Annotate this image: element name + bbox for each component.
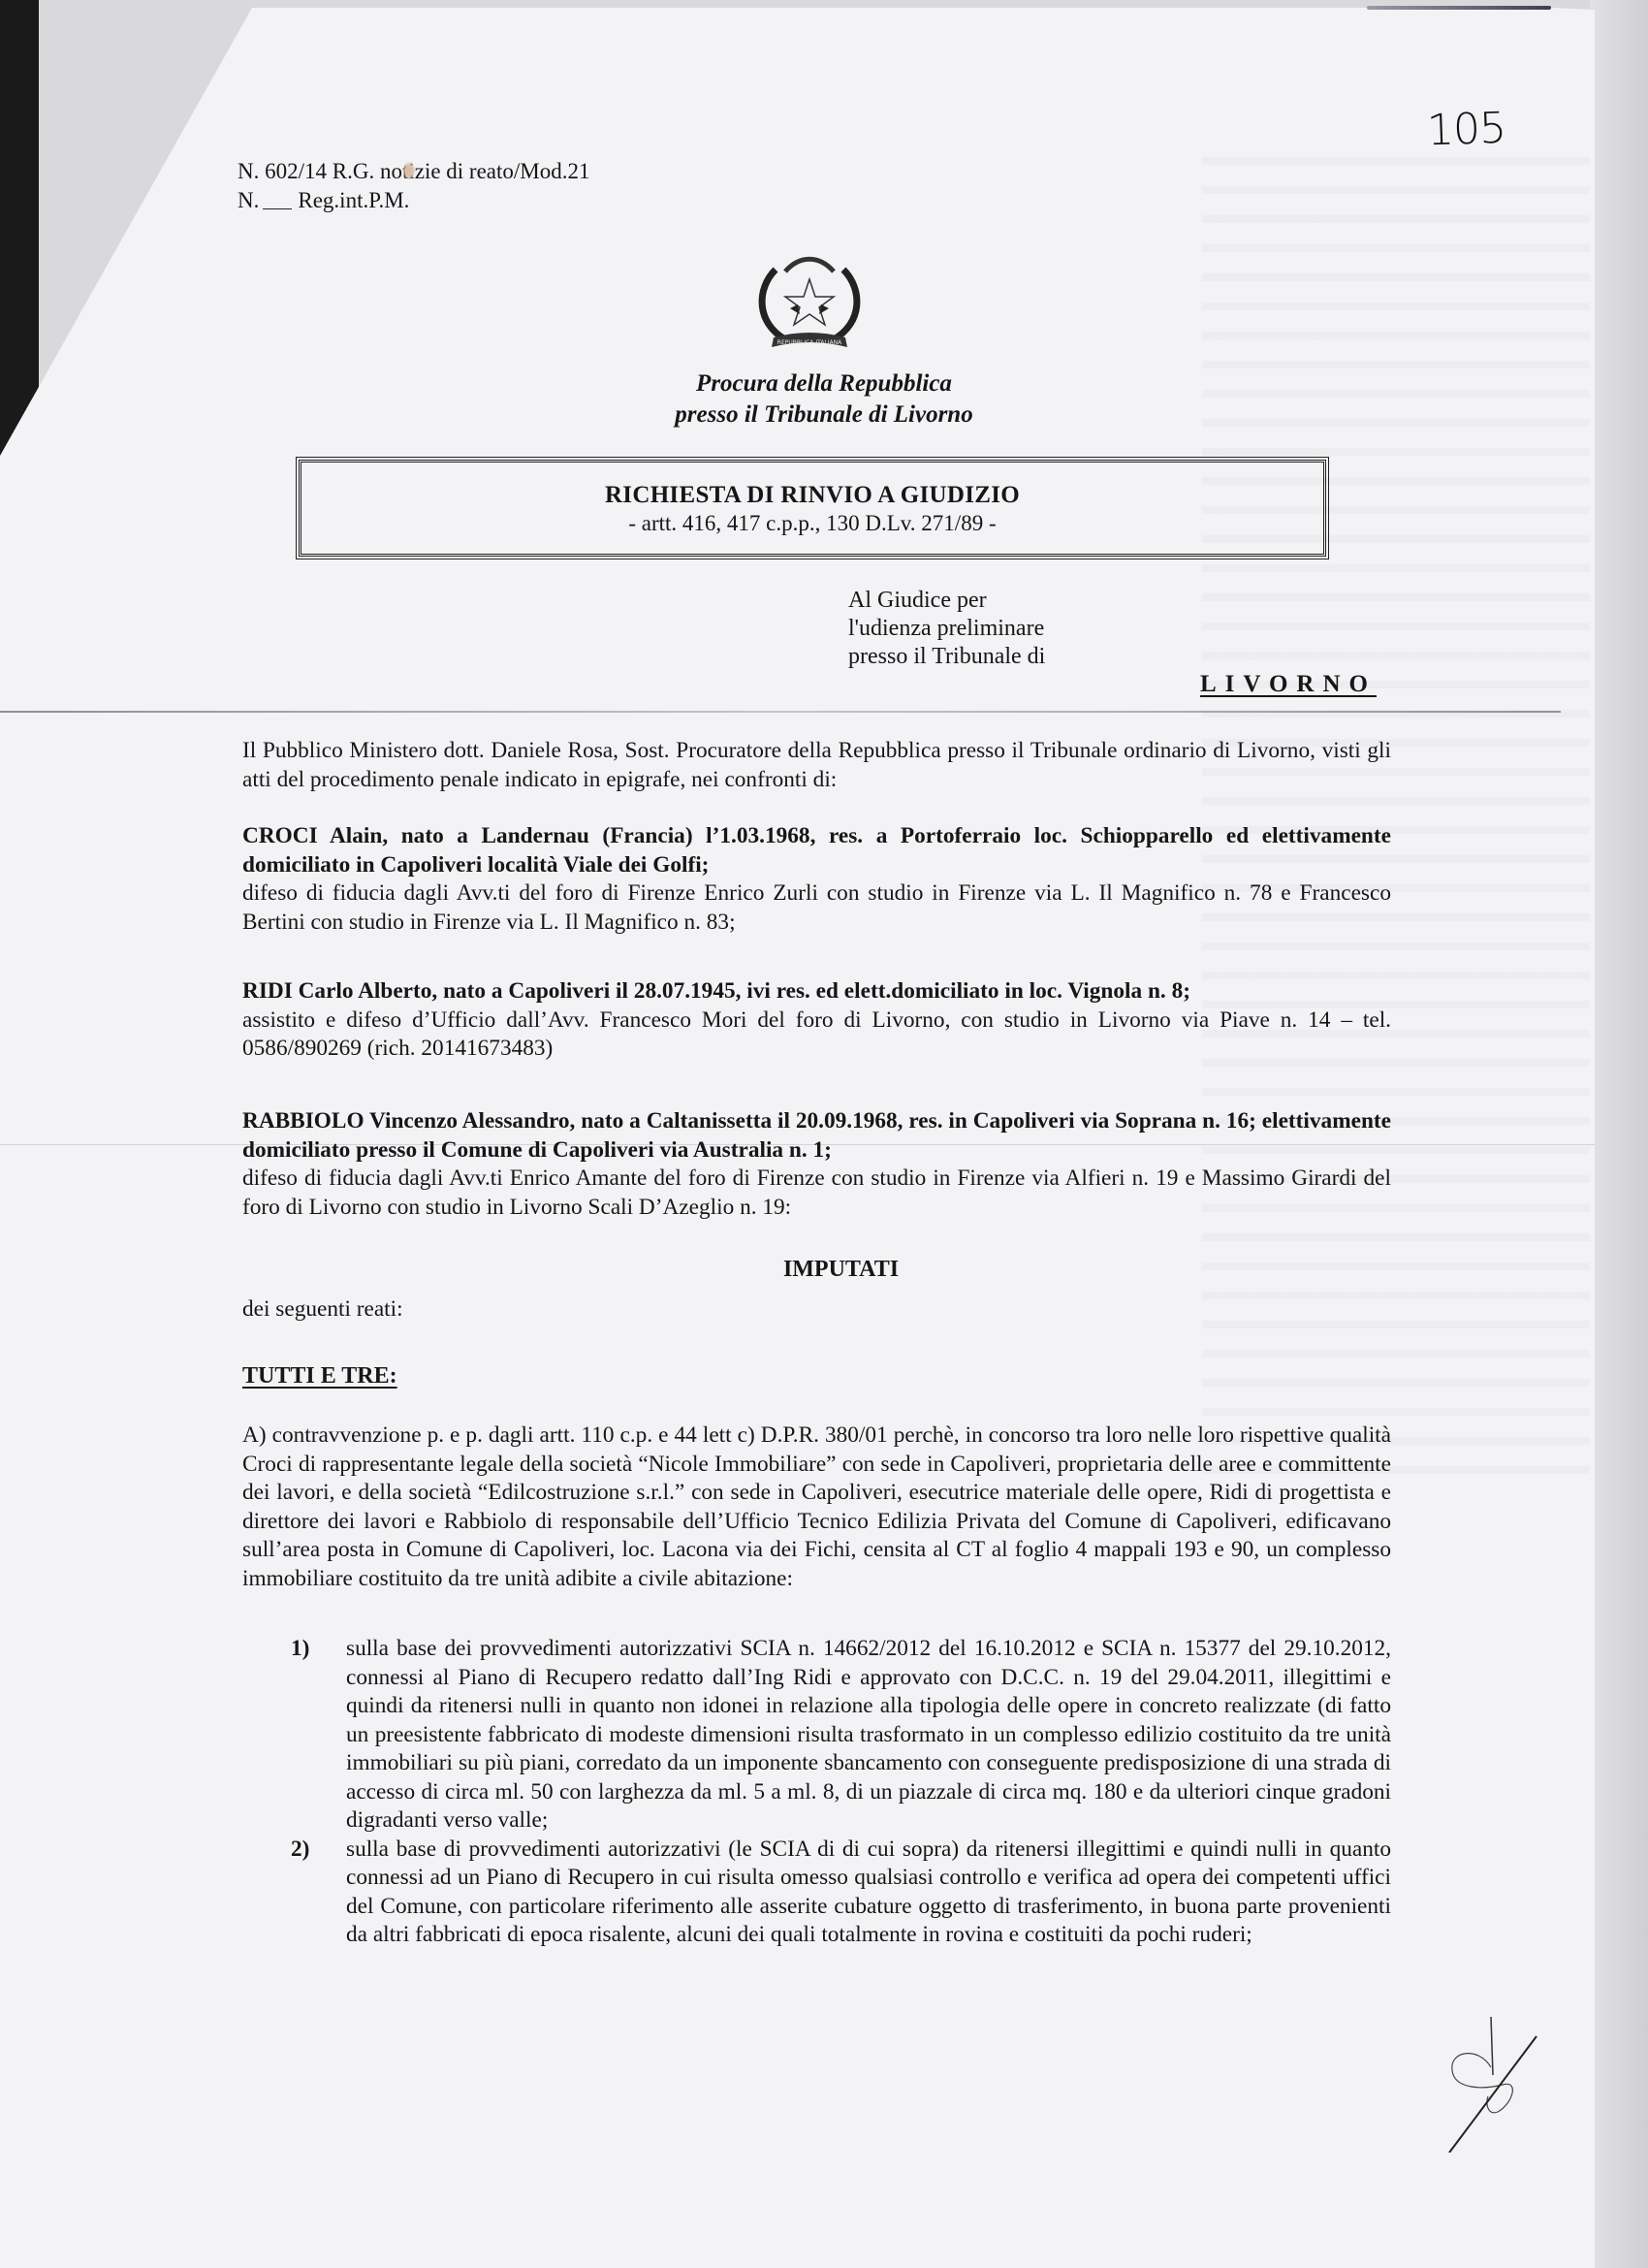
defendant-block: RIDI Carlo Alberto, nato a Capoliveri il… — [242, 977, 1391, 1064]
defendant-block: RABBIOLO Vincenzo Alessandro, nato a Cal… — [242, 1107, 1391, 1222]
defendant-counsel: assistito e difeso d’Ufficio dall’Avv. F… — [242, 1006, 1391, 1064]
charge-item-text: sulla base dei provvedimenti autorizzati… — [346, 1636, 1391, 1833]
charge-a-paragraph: A) contravvenzione p. e p. dagli artt. 1… — [242, 1421, 1391, 1593]
reverse-side-bleed-through — [1202, 136, 1590, 1493]
paper-stain — [402, 161, 416, 180]
svg-text:REPUBBLICA ITALIANA: REPUBBLICA ITALIANA — [777, 339, 842, 346]
issuing-office: Procura della Repubblica presso il Tribu… — [582, 368, 1066, 431]
addressee-line-1: Al Giudice per — [848, 587, 1045, 615]
defendant-identity: RABBIOLO Vincenzo Alessandro, nato a Cal… — [242, 1107, 1391, 1165]
italian-republic-emblem-icon: REPUBBLICA ITALIANA — [746, 250, 872, 367]
document-title-box: RICHIESTA DI RINVIO A GIUDIZIO - artt. 4… — [299, 460, 1326, 557]
charge-item-text: sulla base di provvedimenti autorizzativ… — [346, 1837, 1391, 1948]
fold-line — [0, 711, 1561, 713]
handwritten-signature-icon — [1444, 2007, 1561, 2153]
charges-intro: dei seguenti reati: — [242, 1295, 1391, 1325]
imputati-heading: IMPUTATI — [0, 1257, 1595, 1283]
register-number-line: N.Reg.int.P.M. — [238, 186, 590, 215]
defendant-counsel: difeso di fiducia dagli Avv.ti Enrico Am… — [242, 1165, 1391, 1222]
document-legal-basis: - artt. 416, 417 c.p.p., 130 D.Lv. 271/8… — [301, 511, 1323, 536]
defendant-block: CROCI Alain, nato a Landernau (Francia) … — [242, 822, 1391, 937]
addressee-block: Al Giudice per l'udienza preliminare pre… — [848, 587, 1045, 671]
handwritten-page-number: 105 — [1426, 104, 1506, 156]
addressee-line-3: presso il Tribunale di — [848, 643, 1045, 671]
defendant-counsel: difeso di fiducia dagli Avv.ti del foro … — [242, 879, 1391, 937]
blank-field — [263, 208, 292, 209]
office-line-2: presso il Tribunale di Livorno — [582, 399, 1066, 431]
paper-edge-mark — [1367, 6, 1551, 10]
register-prefix: N. — [238, 188, 259, 212]
document-title: RICHIESTA DI RINVIO A GIUDIZIO — [301, 482, 1323, 509]
charge-items-list: 1) sulla base dei provvedimenti autorizz… — [291, 1635, 1391, 1950]
defendant-identity: RIDI Carlo Alberto, nato a Capoliveri il… — [242, 977, 1391, 1006]
addressee-line-2: l'udienza preliminare — [848, 615, 1045, 643]
charge-item: 1) sulla base dei provvedimenti autorizz… — [291, 1635, 1391, 1836]
intro-paragraph: Il Pubblico Ministero dott. Daniele Rosa… — [242, 737, 1391, 794]
charge-item-number: 1) — [291, 1635, 309, 1664]
defendant-identity: CROCI Alain, nato a Landernau (Francia) … — [242, 822, 1391, 879]
tutti-e-tre-heading: TUTTI E TRE: — [242, 1363, 397, 1390]
scanner-edge — [1590, 0, 1648, 2268]
office-line-1: Procura della Repubblica — [582, 368, 1066, 399]
register-suffix: Reg.int.P.M. — [298, 188, 409, 212]
charge-item: 2) sulla base di provvedimenti autorizza… — [291, 1836, 1391, 1950]
charge-item-number: 2) — [291, 1836, 309, 1865]
addressee-city: LIVORNO — [1200, 671, 1377, 698]
